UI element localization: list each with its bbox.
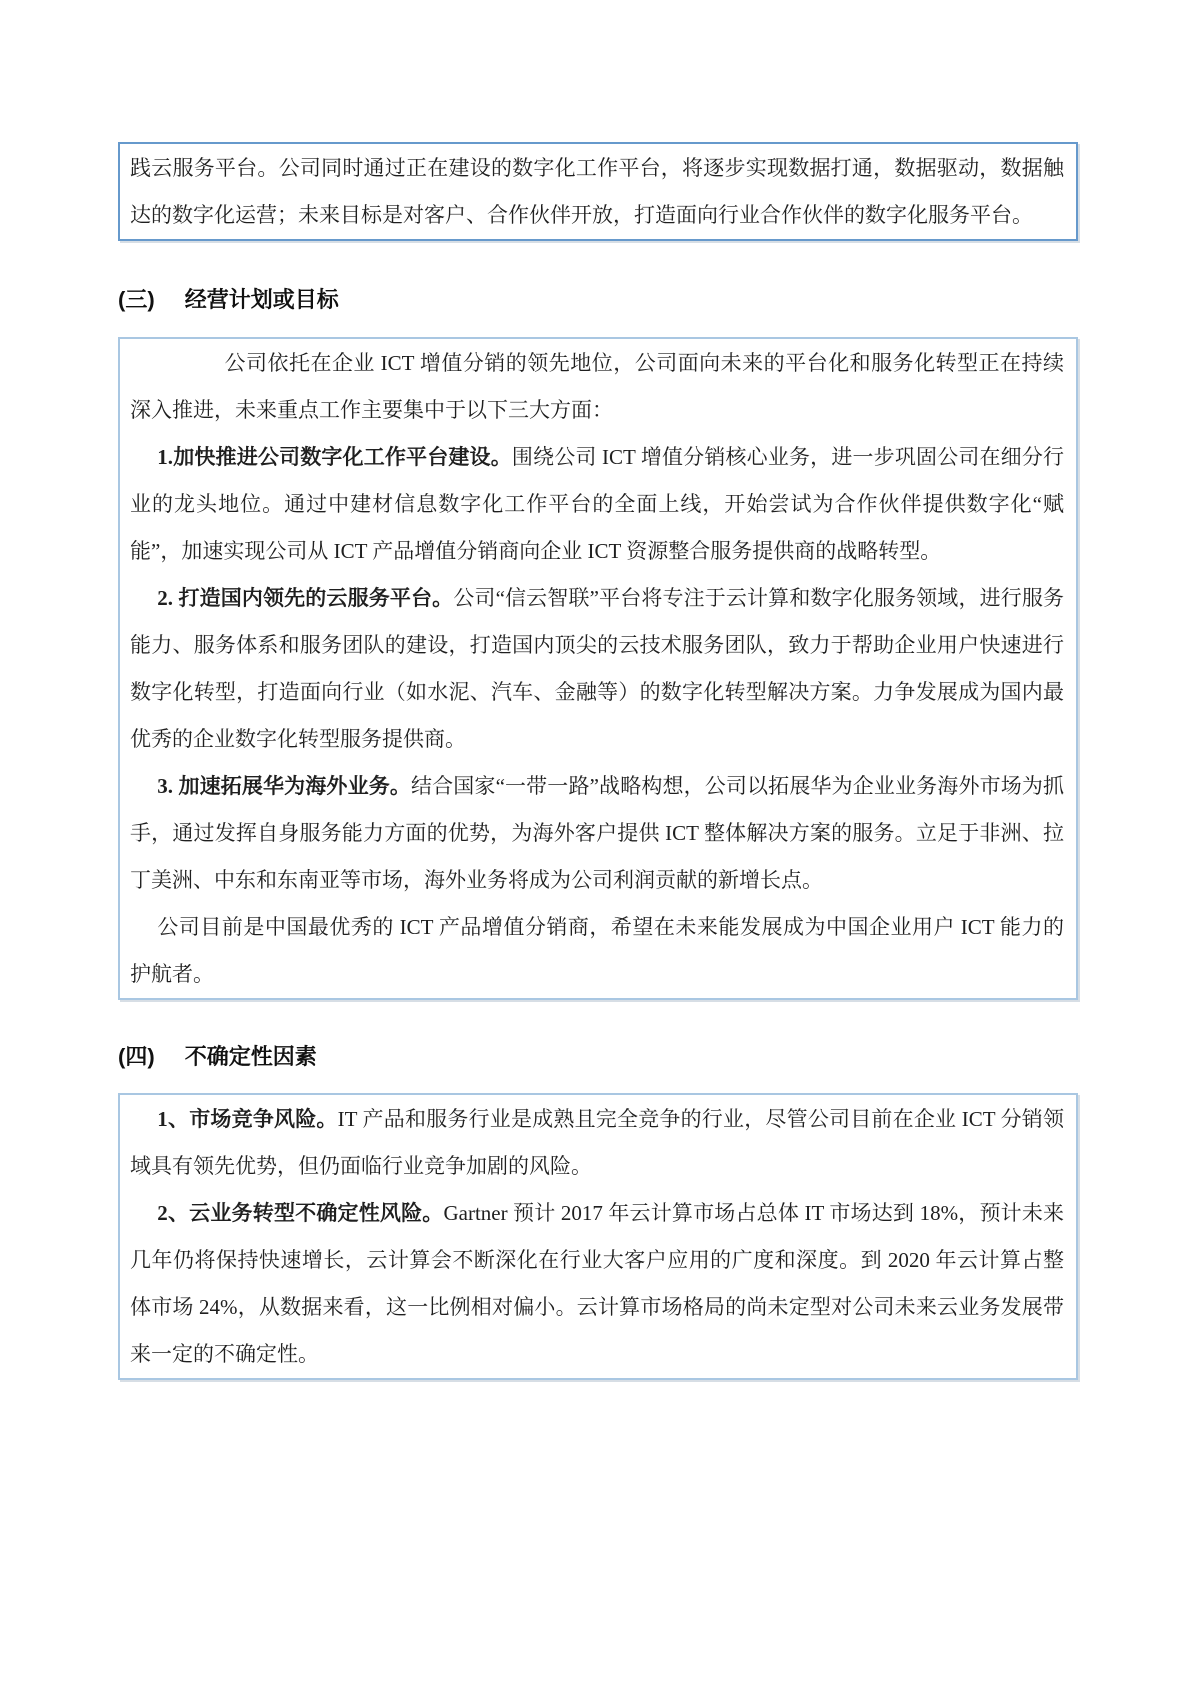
paragraph-lead: 1、市场竞争风险。 (157, 1107, 337, 1131)
paragraph: 3. 加速拓展华为海外业务。结合国家“一带一路”战略构想，公司以拓展华为企业业务… (130, 763, 1064, 904)
paragraph-lead: 3. 加速拓展华为海外业务。 (157, 774, 411, 798)
paragraph-text: 公司“信云智联”平台将专注于云计算和数字化服务领域，进行服务能力、服务体系和服务… (130, 586, 1064, 751)
document-page: 践云服务平台。公司同时通过正在建设的数字化工作平台，将逐步实现数据打通，数据驱动… (0, 0, 1200, 1697)
continuation-text-box: 践云服务平台。公司同时通过正在建设的数字化工作平台，将逐步实现数据打通，数据驱动… (118, 142, 1078, 241)
section-3-body-box: 公司依托在企业 ICT 增值分销的领先地位，公司面向未来的平台化和服务化转型正在… (118, 337, 1078, 1000)
paragraph-lead: 2、云业务转型不确定性风险。 (157, 1201, 443, 1225)
paragraph: 2、云业务转型不确定性风险。Gartner 预计 2017 年云计算市场占总体 … (130, 1190, 1064, 1378)
paragraph-lead: 1.加快推进公司数字化工作平台建设。 (157, 445, 512, 469)
section-3-number: (三) (118, 283, 155, 314)
paragraph: 1、市场竞争风险。IT 产品和服务行业是成熟且完全竞争的行业，尽管公司目前在企业… (130, 1096, 1064, 1190)
paragraph-lead: 2. 打造国内领先的云服务平台。 (157, 586, 453, 610)
paragraph: 公司目前是中国最优秀的 ICT 产品增值分销商，希望在未来能发展成为中国企业用户… (130, 904, 1064, 998)
section-3-title: 经营计划或目标 (185, 283, 339, 314)
section-4-body-box: 1、市场竞争风险。IT 产品和服务行业是成熟且完全竞争的行业，尽管公司目前在企业… (118, 1093, 1078, 1380)
section-3-heading: (三) 经营计划或目标 (118, 283, 339, 314)
paragraph: 1.加快推进公司数字化工作平台建设。围绕公司 ICT 增值分销核心业务，进一步巩… (130, 434, 1064, 575)
section-4-heading: (四) 不确定性因素 (118, 1040, 317, 1071)
paragraph: 公司依托在企业 ICT 增值分销的领先地位，公司面向未来的平台化和服务化转型正在… (130, 340, 1064, 434)
section-4-number: (四) (118, 1040, 155, 1071)
paragraph: 践云服务平台。公司同时通过正在建设的数字化工作平台，将逐步实现数据打通，数据驱动… (130, 145, 1064, 239)
paragraph: 2. 打造国内领先的云服务平台。公司“信云智联”平台将专注于云计算和数字化服务领… (130, 575, 1064, 763)
paragraph-text: Gartner 预计 2017 年云计算市场占总体 IT 市场达到 18%，预计… (130, 1201, 1064, 1366)
section-4-title: 不确定性因素 (185, 1040, 317, 1071)
